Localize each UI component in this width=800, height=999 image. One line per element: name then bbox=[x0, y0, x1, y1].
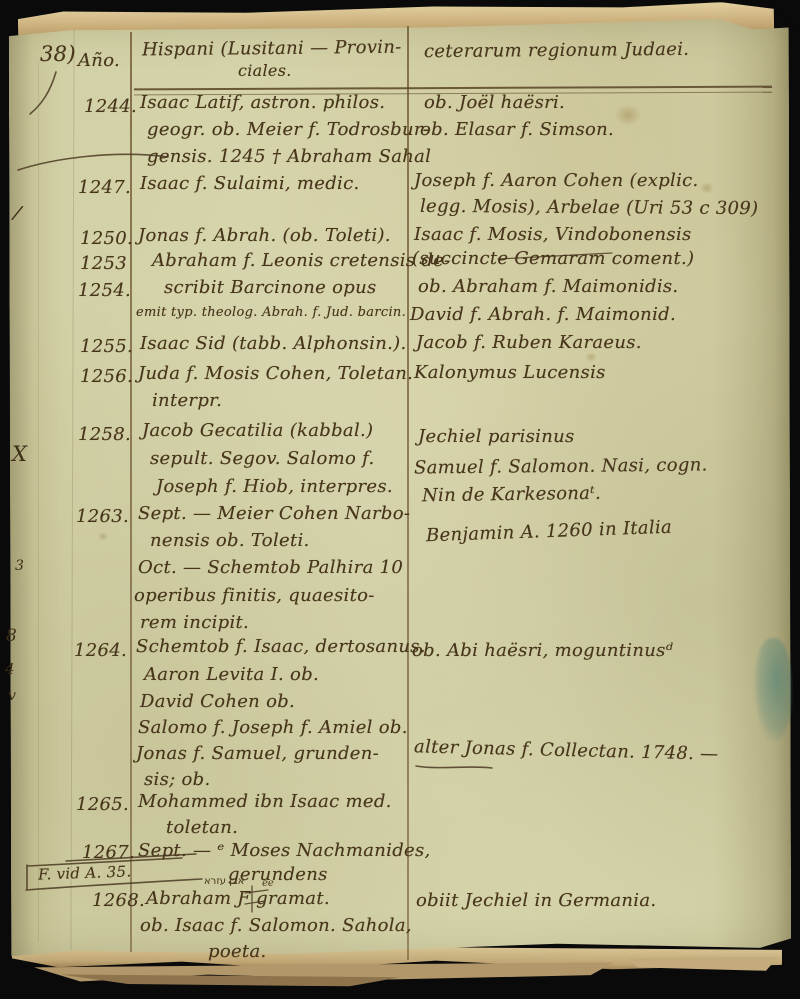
entry-year: 1256. bbox=[80, 366, 133, 387]
entry-col1-line: Joseph f. Hiob, interpres. bbox=[156, 476, 393, 497]
entry-col1-line: rem incipit. bbox=[140, 612, 249, 633]
entry-col1-line: Schemtob f. Isaac, dertosanus. bbox=[136, 636, 426, 657]
age-spot bbox=[614, 104, 642, 126]
entry-col1-line: sepult. Segov. Salomo f. bbox=[150, 448, 374, 469]
entry-year: 1267. bbox=[82, 842, 135, 863]
entry-col1-line: Isaac Sid (tabb. Alphonsin.). bbox=[140, 333, 406, 354]
entry-col1-line: emit typ. theolog. Abrah. f. Jud. barcin… bbox=[136, 305, 406, 320]
header-col1-line1: Hispani (Lusitani — Provin- bbox=[142, 37, 402, 61]
entry-col1-line: geogr. ob. Meier f. Todrosbur- bbox=[147, 119, 429, 140]
entry-col1-line: Sept. — ᵉ Moses Nachmanides, bbox=[138, 840, 431, 861]
entry-year: 1250. bbox=[80, 228, 133, 249]
entry-col1-line: Abraham f. Leonis cretensis de- bbox=[152, 250, 451, 271]
entry-col1-line: Juda f. Mosis Cohen, Toletan. bbox=[138, 363, 413, 384]
entry-col1-line: Jonas f. Samuel, grunden- bbox=[136, 743, 379, 764]
scanned-manuscript: 38) Año. Hispani (Lusitani — Provin- cia… bbox=[0, 0, 800, 999]
margin-mark-four: 4 bbox=[5, 660, 15, 678]
entry-col1-line: Aaron Levita I. ob. bbox=[144, 664, 319, 685]
entry-col2-line: Jacob f. Ruben Karaeus. bbox=[416, 332, 642, 353]
entry-year: 1258. bbox=[78, 424, 131, 445]
entry-col2-line: ob. Elasar f. Simson. bbox=[420, 119, 614, 140]
entry-col1-line: Isaac f. Sulaimi, medic. bbox=[140, 173, 360, 194]
entry-year: 1247. bbox=[78, 177, 131, 198]
entry-year: 1255. bbox=[80, 336, 133, 357]
superscript-annotation: ee bbox=[262, 878, 274, 889]
margin-mark-vee: v bbox=[8, 688, 16, 704]
entry-col1-line: scribit Barcinone opus bbox=[164, 277, 377, 298]
entry-col1-line: Oct. — Schemtob Palhira 10 bbox=[138, 557, 403, 578]
margin-mark-x: X bbox=[12, 442, 27, 466]
entry-col2-line: David f. Abrah. f. Maimonid. bbox=[410, 304, 676, 325]
entry-col1-line: interpr. bbox=[152, 390, 222, 411]
column-divider-year bbox=[130, 32, 132, 952]
entry-col2-line: Joseph f. Aaron Cohen (explic. bbox=[414, 170, 699, 191]
entry-col1-line: Mohammed ibn Isaac med. bbox=[138, 791, 392, 812]
entry-col2-line: obiit Jechiel in Germania. bbox=[416, 890, 656, 911]
entry-col2-line: Isaac f. Mosis, Vindobonensis bbox=[414, 224, 692, 245]
entry-year: 1244. bbox=[84, 96, 137, 117]
entry-year: 1265. bbox=[76, 794, 129, 815]
age-spot bbox=[700, 182, 714, 194]
hebrew-annotation: אבן עזרא bbox=[204, 876, 244, 887]
entry-col1-line: Jacob Gecatilia (kabbal.) bbox=[142, 420, 373, 441]
entry-year: 1253 bbox=[80, 253, 127, 274]
entry-col1-line: Sept. — Meier Cohen Narbo- bbox=[138, 503, 410, 524]
entry-year: 1268. bbox=[92, 890, 145, 911]
entry-col1-line: Isaac Latif, astron. philos. bbox=[140, 92, 385, 113]
entry-col1-line: Abraham Ƒ gramat. bbox=[146, 888, 330, 909]
header-year-column: Año. bbox=[78, 50, 120, 71]
entry-col1-line: sis; ob. bbox=[144, 769, 211, 790]
entry-year: 1263. bbox=[76, 506, 129, 527]
entry-col2-line: Samuel f. Salomon. Nasi, cogn. bbox=[414, 454, 708, 478]
entry-col1-line: toletan. bbox=[166, 817, 238, 838]
entry-col2-line: ob. Abraham f. Maimonidis. bbox=[418, 276, 678, 297]
entry-col2-line: (succincte Gemaram coment.) bbox=[412, 248, 694, 269]
entry-col2-line: Jechiel parisinus bbox=[418, 426, 575, 447]
entry-year: 1264. bbox=[74, 640, 127, 661]
entry-col1-line: gensis. 1245 † Abraham Sahal bbox=[147, 146, 431, 167]
entry-col1-line: poeta. bbox=[208, 941, 267, 962]
entry-year: 1254. bbox=[78, 280, 131, 301]
marginal-reference-note: F. vid A. 35. bbox=[38, 862, 132, 883]
header-col2: ceterarum regionum Judaei. bbox=[424, 39, 689, 62]
entry-col1-line: David Cohen ob. bbox=[140, 691, 295, 712]
entry-col1-line: operibus finitis, quaesito- bbox=[134, 585, 375, 606]
entry-col2-line: Kalonymus Lucensis bbox=[414, 362, 606, 383]
age-spot bbox=[585, 352, 597, 362]
entry-col1-line: Jonas f. Abrah. (ob. Toleti). bbox=[138, 225, 391, 246]
margin-mark-eight: 8 bbox=[6, 626, 17, 646]
ink-smudge bbox=[754, 638, 792, 742]
entry-col2-line: ob. Abi haësri, moguntinusᵈ bbox=[412, 640, 673, 661]
paper-crease bbox=[38, 62, 39, 942]
entry-col1-line: Salomo f. Joseph f. Amiel ob. bbox=[138, 717, 408, 738]
entry-col2-line: Nin de Karkesonaᵗ. bbox=[422, 483, 601, 506]
entry-col1-line: ob. Isaac f. Salomon. Sahola, bbox=[140, 915, 412, 936]
entry-col2-line: ob. Joël haësri. bbox=[424, 92, 565, 113]
margin-mark-three: 3 bbox=[15, 558, 24, 574]
header-col1-line2: ciales. bbox=[238, 61, 292, 80]
age-spot bbox=[98, 532, 108, 541]
entry-col2-line: legg. Mosis), Arbelae (Uri 53 c 309) bbox=[420, 196, 759, 219]
entry-col1-line: nensis ob. Toleti. bbox=[150, 530, 310, 551]
page-number: 38) bbox=[40, 42, 76, 66]
